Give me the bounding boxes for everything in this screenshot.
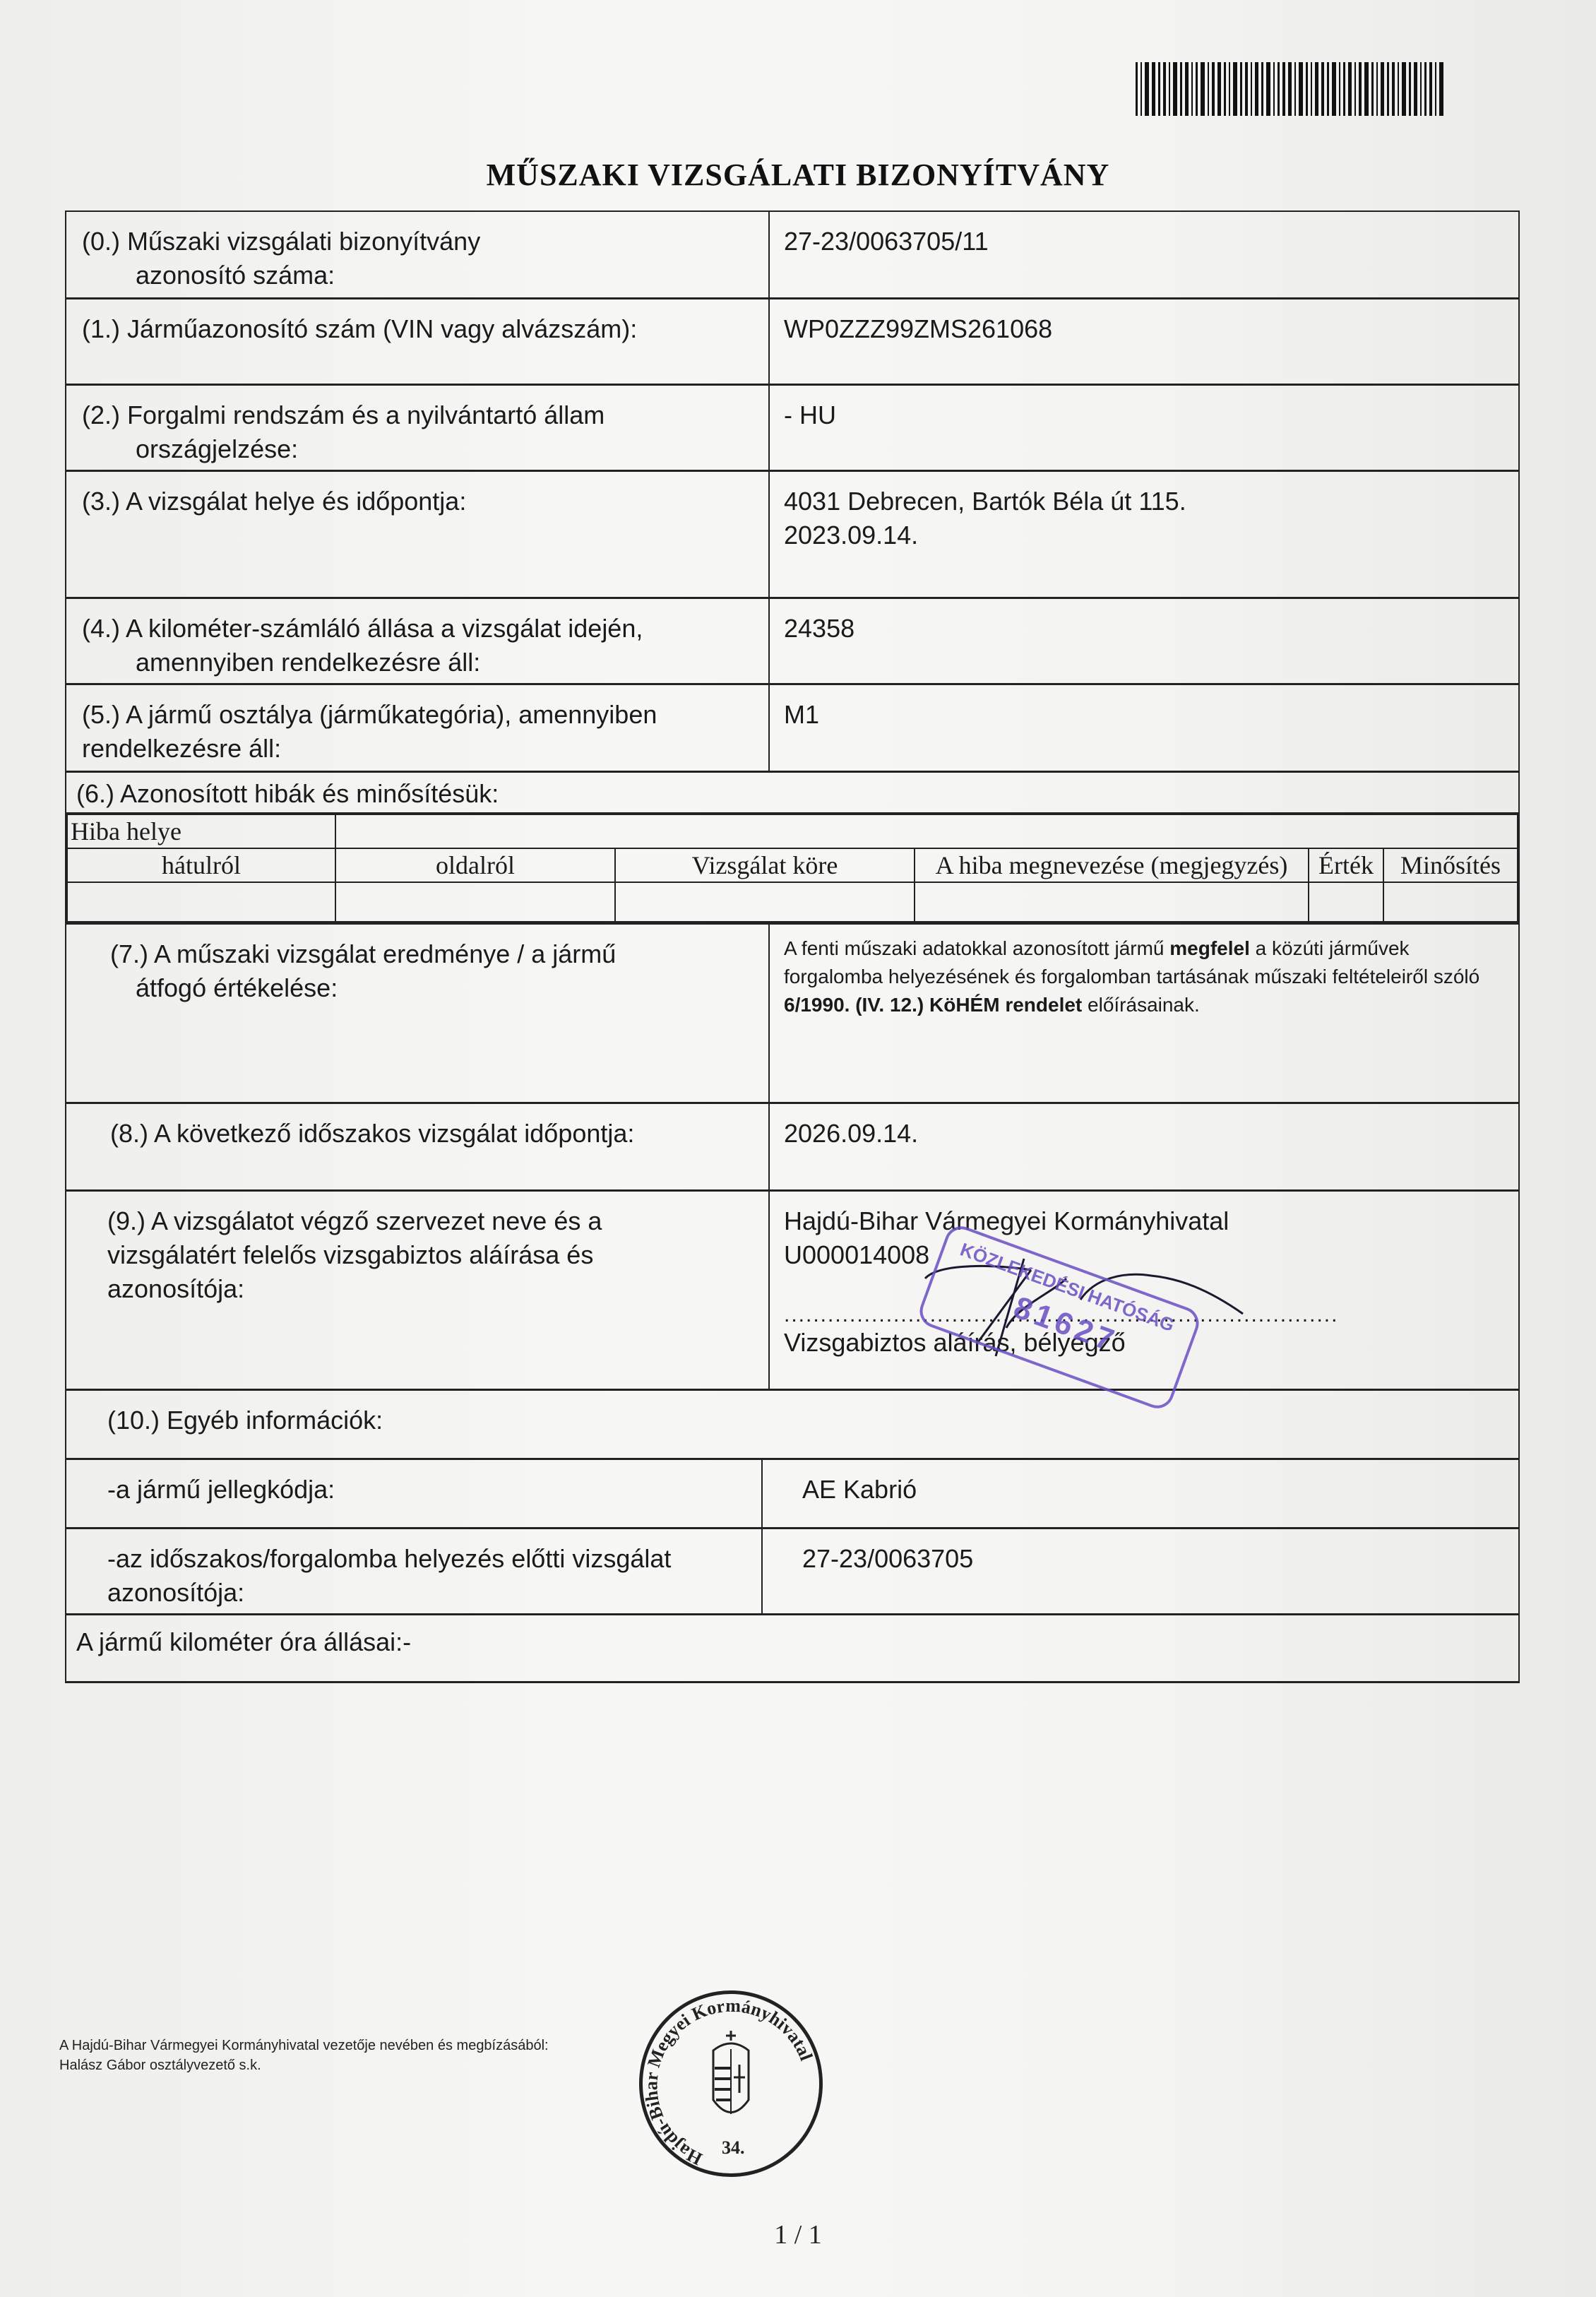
row-2-plate: (2.) Forgalmi rendszám és a nyilvántartó… [66, 386, 1518, 472]
defects-table: Hiba helye hátulról oldalról Vizsgálat k… [66, 814, 1518, 922]
label-plate: (2.) Forgalmi rendszám és a nyilvántartó… [82, 400, 605, 429]
label-inspector: (9.) A vizsgálatot végző szervezet neve … [107, 1204, 758, 1238]
value-date: 2023.09.14. [784, 518, 1504, 552]
defects-empty-cell [615, 882, 915, 922]
defects-empty-cell [1383, 882, 1518, 922]
row-4-odometer: (4.) A kilométer-számláló állása a vizsg… [66, 599, 1518, 685]
label-other-info: (10.) Egyéb információk: [66, 1391, 1518, 1458]
certificate-table: (0.) Műszaki vizsgálati bizonyítvány azo… [65, 210, 1520, 1683]
label-type-code: -a jármű jellegkódja: [66, 1460, 763, 1527]
row-11-odometer-history: A jármű kilométer óra állásai:- [66, 1615, 1518, 1683]
label-category: (5.) A jármű osztálya (járműkategória), … [82, 698, 758, 732]
label-result: (7.) A műszaki vizsgálat eredménye / a j… [110, 939, 616, 968]
label-vin: (1.) Járműazonosító szám (VIN vagy alváz… [66, 299, 770, 384]
official-round-seal: Hajdú-Bihar Megyei Kormányhivatal 34. [639, 1990, 823, 2177]
value-org: Hajdú-Bihar Vármegyei Kormányhivatal [784, 1204, 1504, 1238]
row-0-certificate-id: (0.) Műszaki vizsgálati bizonyítvány azo… [66, 212, 1518, 299]
defects-empty-cell [915, 882, 1309, 922]
defects-table-wrapper: Hiba helye hátulról oldalról Vizsgálat k… [66, 814, 1518, 925]
value-type-code: AE Kabrió [763, 1460, 1518, 1527]
defects-group-header: Hiba helye [67, 814, 335, 848]
label-prev-inspection: -az időszakos/forgalomba helyezés előtti… [107, 1542, 751, 1576]
seal-number: 34. [722, 2137, 745, 2158]
col-vizsgalat-kore: Vizsgálat köre [615, 848, 915, 882]
col-oldalrol: oldalról [335, 848, 615, 882]
value-place: 4031 Debrecen, Bartók Béla út 115. [784, 485, 1504, 518]
row-10-other-info: (10.) Egyéb információk: [66, 1391, 1518, 1460]
col-ertek: Érték [1309, 848, 1383, 882]
barcode [1136, 62, 1506, 116]
row-5-category: (5.) A jármű osztálya (járműkategória), … [66, 685, 1518, 773]
value-vin: WP0ZZZ99ZMS261068 [770, 299, 1518, 384]
defects-empty-cell [335, 882, 615, 922]
result-pass: megfelel [1169, 937, 1250, 959]
regulation-ref: 6/1990. (IV. 12.) KöHÉM rendelet [784, 994, 1082, 1016]
label-odometer-history: A jármű kilométer óra állásai:- [66, 1615, 1518, 1681]
row-8-next-inspection: (8.) A következő időszakos vizsgálat idő… [66, 1104, 1518, 1192]
row-9-inspector: (9.) A vizsgálatot végző szervezet neve … [66, 1192, 1518, 1391]
label-odometer: (4.) A kilométer-számláló állása a vizsg… [82, 614, 643, 643]
row-10a-type-code: -a jármű jellegkódja: AE Kabrió [66, 1460, 1518, 1529]
row-6-defects-label: (6.) Azonosított hibák és minősítésük: [66, 773, 1518, 814]
col-hiba-megnevezese: A hiba megnevezése (megjegyzés) [915, 848, 1309, 882]
value-category: M1 [770, 685, 1518, 771]
label-certificate-id: (0.) Műszaki vizsgálati bizonyítvány [82, 227, 480, 256]
label-place-date: (3.) A vizsgálat helye és időpontja: [66, 472, 770, 597]
value-odometer: 24358 [770, 599, 1518, 683]
col-minosites: Minősítés [1383, 848, 1518, 882]
label-defects: (6.) Azonosított hibák és minősítésük: [66, 773, 1518, 812]
value-result: A fenti műszaki adatokkal azonosított já… [770, 925, 1518, 1102]
value-plate: - HU [770, 386, 1518, 470]
row-7-result: (7.) A műszaki vizsgálat eredménye / a j… [66, 925, 1518, 1104]
defects-empty-cell [67, 882, 335, 922]
document-page: MŰSZAKI VIZSGÁLATI BIZONYÍTVÁNY (0.) Műs… [0, 0, 1596, 2297]
row-10b-prev-inspection: -az időszakos/forgalomba helyezés előtti… [66, 1529, 1518, 1615]
row-3-place-date: (3.) A vizsgálat helye és időpontja: 403… [66, 472, 1518, 599]
coat-of-arms-icon: Hajdú-Bihar Megyei Kormányhivatal 34. [643, 1994, 819, 2173]
row-1-vin: (1.) Járműazonosító szám (VIN vagy alváz… [66, 299, 1518, 386]
value-next-inspection: 2026.09.14. [770, 1104, 1518, 1189]
label-next-inspection: (8.) A következő időszakos vizsgálat idő… [66, 1104, 770, 1189]
document-title: MŰSZAKI VIZSGÁLATI BIZONYÍTVÁNY [0, 157, 1596, 193]
footer-authorization: A Hajdú-Bihar Vármegyei Kormányhivatal v… [59, 2036, 549, 2075]
value-prev-inspection: 27-23/0063705 [763, 1529, 1518, 1613]
page-number: 1 / 1 [0, 2219, 1596, 2250]
col-hatulrol: hátulról [67, 848, 335, 882]
defects-empty-cell [1309, 882, 1383, 922]
value-certificate-id: 27-23/0063705/11 [770, 212, 1518, 297]
